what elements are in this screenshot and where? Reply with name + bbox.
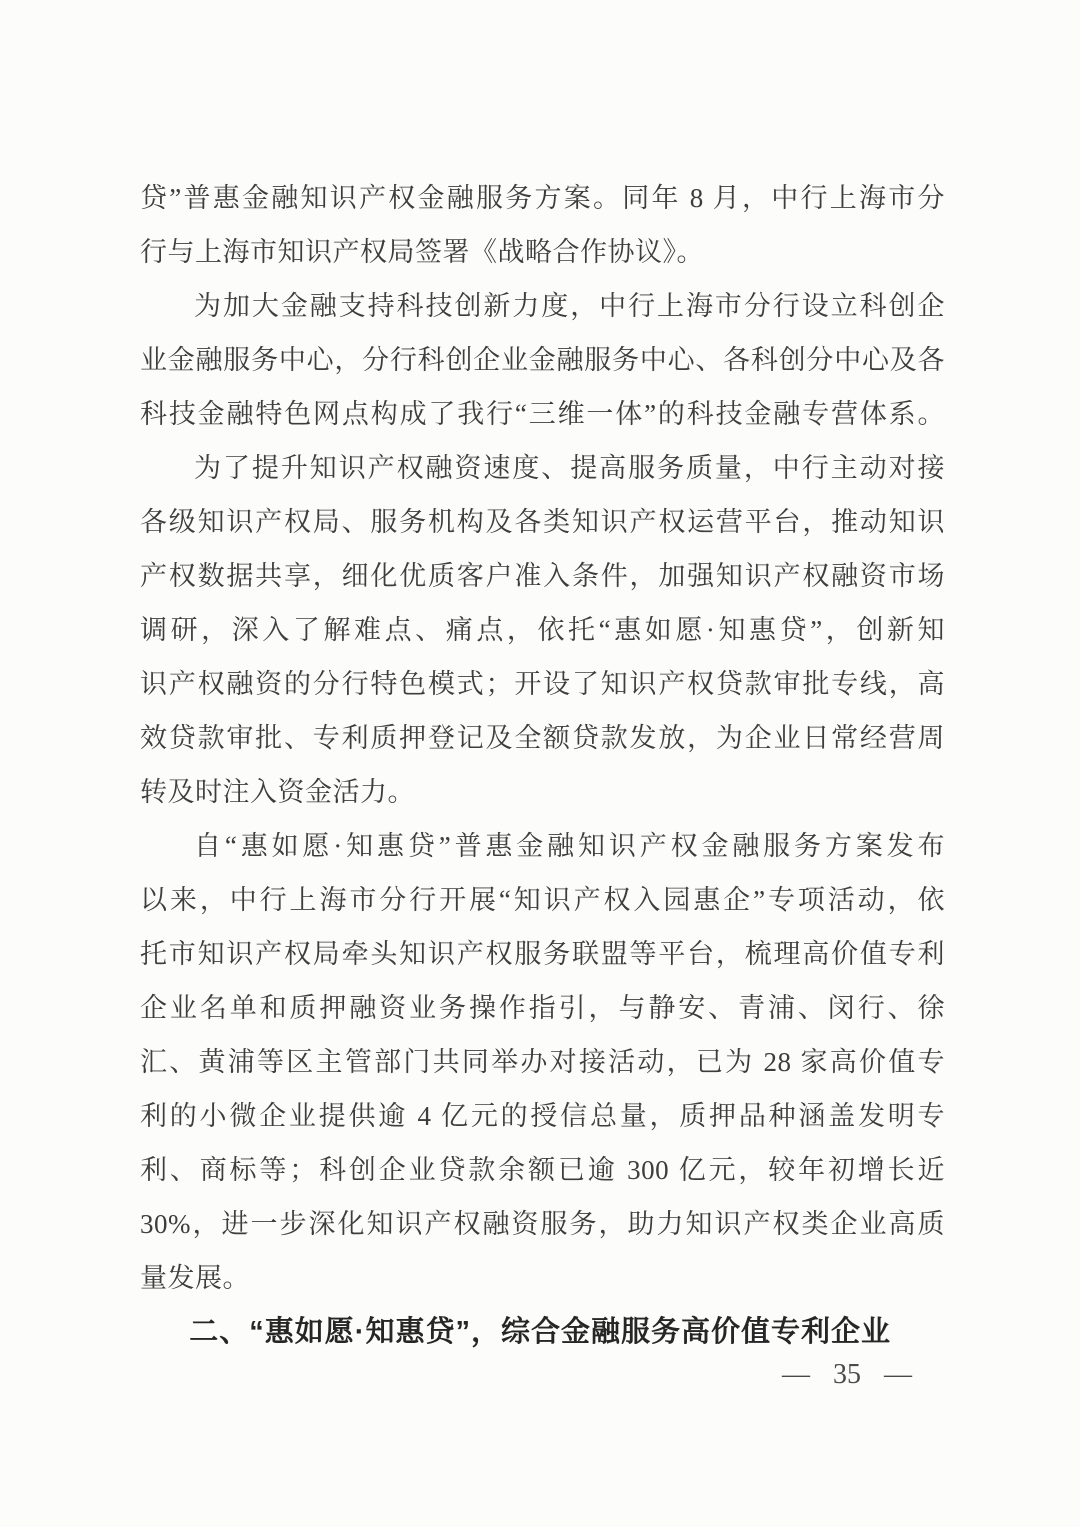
text-line: 利、商标等；科创企业贷款余额已逾 300 亿元，较年初增长近 [140,1143,945,1197]
text-line: 企业名单和质押融资业务操作指引，与静安、青浦、闵行、徐 [140,981,945,1035]
page-number: — 35 — [140,1357,945,1393]
text-line: 自“惠如愿·知惠贷”普惠金融知识产权金融服务方案发布 [140,819,945,873]
document-page: 贷”普惠金融知识产权金融服务方案。同年 8 月，中行上海市分 行与上海市知识产权… [0,0,1080,1527]
text-line: 量发展。 [140,1251,945,1305]
text-line: 贷”普惠金融知识产权金融服务方案。同年 8 月，中行上海市分 [140,171,945,225]
text-line: 识产权融资的分行特色模式；开设了知识产权贷款审批专线，高 [140,657,945,711]
text-line: 转及时注入资金活力。 [140,765,945,819]
text-line: 30%，进一步深化知识产权融资服务，助力知识产权类企业高质 [140,1197,945,1251]
section-heading: 二、“惠如愿·知惠贷”，综合金融服务高价值专利企业 [140,1305,945,1359]
text-line: 科技金融特色网点构成了我行“三维一体”的科技金融专营体系。 [140,387,945,441]
text-line: 业金融服务中心，分行科创企业金融服务中心、各科创分中心及各 [140,333,945,387]
text-line: 托市知识产权局牵头知识产权服务联盟等平台，梳理高价值专利 [140,927,945,981]
text-line: 各级知识产权局、服务机构及各类知识产权运营平台，推动知识 [140,495,945,549]
text-line: 调研，深入了解难点、痛点，依托“惠如愿·知惠贷”，创新知 [140,603,945,657]
text-line: 产权数据共享，细化优质客户准入条件，加强知识产权融资市场 [140,549,945,603]
text-line: 为了提升知识产权融资速度、提高服务质量，中行主动对接 [140,441,945,495]
text-line: 以来，中行上海市分行开展“知识产权入园惠企”专项活动，依 [140,873,945,927]
text-line: 汇、黄浦等区主管部门共同举办对接活动，已为 28 家高价值专 [140,1035,945,1089]
text-line: 为加大金融支持科技创新力度，中行上海市分行设立科创企 [140,279,945,333]
text-line: 行与上海市知识产权局签署《战略合作协议》。 [140,225,945,279]
text-line: 利的小微企业提供逾 4 亿元的授信总量，质押品种涵盖发明专 [140,1089,945,1143]
text-line: 效贷款审批、专利质押登记及全额贷款发放，为企业日常经营周 [140,711,945,765]
